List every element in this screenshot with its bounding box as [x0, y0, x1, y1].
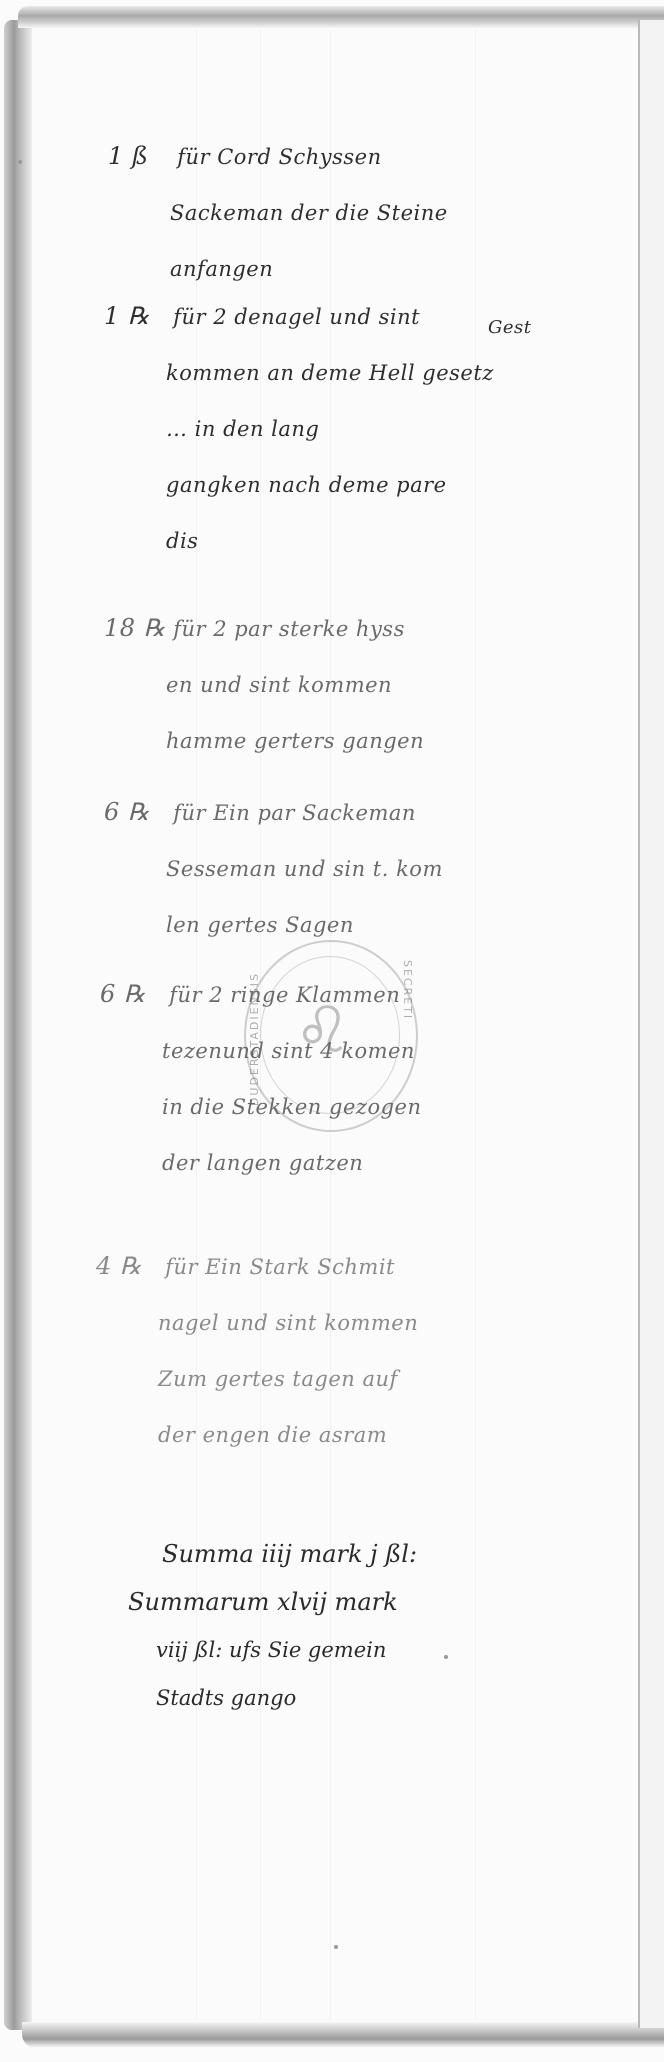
entry-line: Zum gertes tagen auf — [96, 1351, 418, 1407]
entry-line: Sesseman und sin t. kom — [104, 841, 443, 897]
paper-speck — [444, 1655, 448, 1659]
entry-amount: 6 ℞ — [104, 784, 166, 840]
entry-line: der engen die asram — [96, 1407, 418, 1463]
summary-line: Summa iiij mark j ßl: — [128, 1530, 417, 1578]
ledger-entry-5: 6 ℞ für 2 ringe Klammen tezenund sint 4 … — [100, 966, 421, 1191]
page-edge-bottom — [22, 2022, 664, 2048]
summary-line: Stadts gango — [128, 1674, 417, 1722]
entry-line: in die Stekken gezogen — [100, 1079, 421, 1135]
entry-line: kommen an deme Hell gesetz — [104, 345, 494, 401]
entry-line: hamme gerters gangen — [104, 713, 424, 769]
manuscript-scan: 1 ß für Cord Schyssen Sackeman der die S… — [0, 0, 664, 2062]
entry-line: für Ein Stark Schmit — [165, 1255, 395, 1279]
page-fold-right — [638, 20, 640, 2028]
entry-line: für 2 ringe Klammen — [169, 983, 400, 1007]
ledger-summary: Summa iiij mark j ßl: Summarum xlvij mar… — [128, 1530, 417, 1722]
entry-line: Sackeman der die Steine — [108, 185, 448, 241]
interlinear-note: Gest — [488, 318, 532, 338]
entry-line: für Ein par Sackeman — [173, 801, 416, 825]
entry-line: en und sint kommen — [104, 657, 424, 713]
entry-amount: 18 ℞ — [104, 600, 166, 656]
entry-line: tezenund sint 4 komen — [100, 1023, 421, 1079]
adjacent-page-strip — [640, 20, 664, 2028]
entry-amount: 4 ℞ — [96, 1238, 158, 1294]
page-edge-left — [4, 20, 32, 2030]
page-edge-top — [18, 6, 664, 28]
entry-line: für Cord Schyssen — [177, 145, 381, 169]
entry-line: der langen gatzen — [100, 1135, 421, 1191]
summary-line: viij ßl: ufs Sie gemein — [128, 1626, 417, 1674]
entry-amount: 6 ℞ — [100, 966, 162, 1022]
paper-speck — [334, 1945, 338, 1949]
entry-line: gangken nach deme pare — [104, 457, 494, 513]
summary-line: Summarum xlvij mark — [128, 1578, 417, 1626]
entry-amount: 1 ℞ — [104, 288, 166, 344]
ledger-entry-4: 6 ℞ für Ein par Sackeman Sesseman und si… — [104, 784, 443, 953]
ledger-entry-3: 18 ℞ für 2 par sterke hyss en und sint k… — [104, 600, 424, 769]
paper-speck — [18, 160, 22, 164]
ledger-entry-1: 1 ß für Cord Schyssen Sackeman der die S… — [108, 128, 448, 297]
entry-amount: 1 ß — [108, 128, 170, 184]
entry-line: für 2 par sterke hyss — [173, 617, 405, 641]
entry-line: dis — [104, 513, 494, 569]
entry-line: len gertes Sagen — [104, 897, 443, 953]
ledger-entry-2: 1 ℞ für 2 denagel und sint kommen an dem… — [104, 288, 494, 569]
entry-line: nagel und sint kommen — [96, 1295, 418, 1351]
entry-line: für 2 denagel und sint — [173, 305, 420, 329]
entry-line: … in den lang — [104, 401, 494, 457]
ledger-entry-6: 4 ℞ für Ein Stark Schmit nagel und sint … — [96, 1238, 418, 1463]
